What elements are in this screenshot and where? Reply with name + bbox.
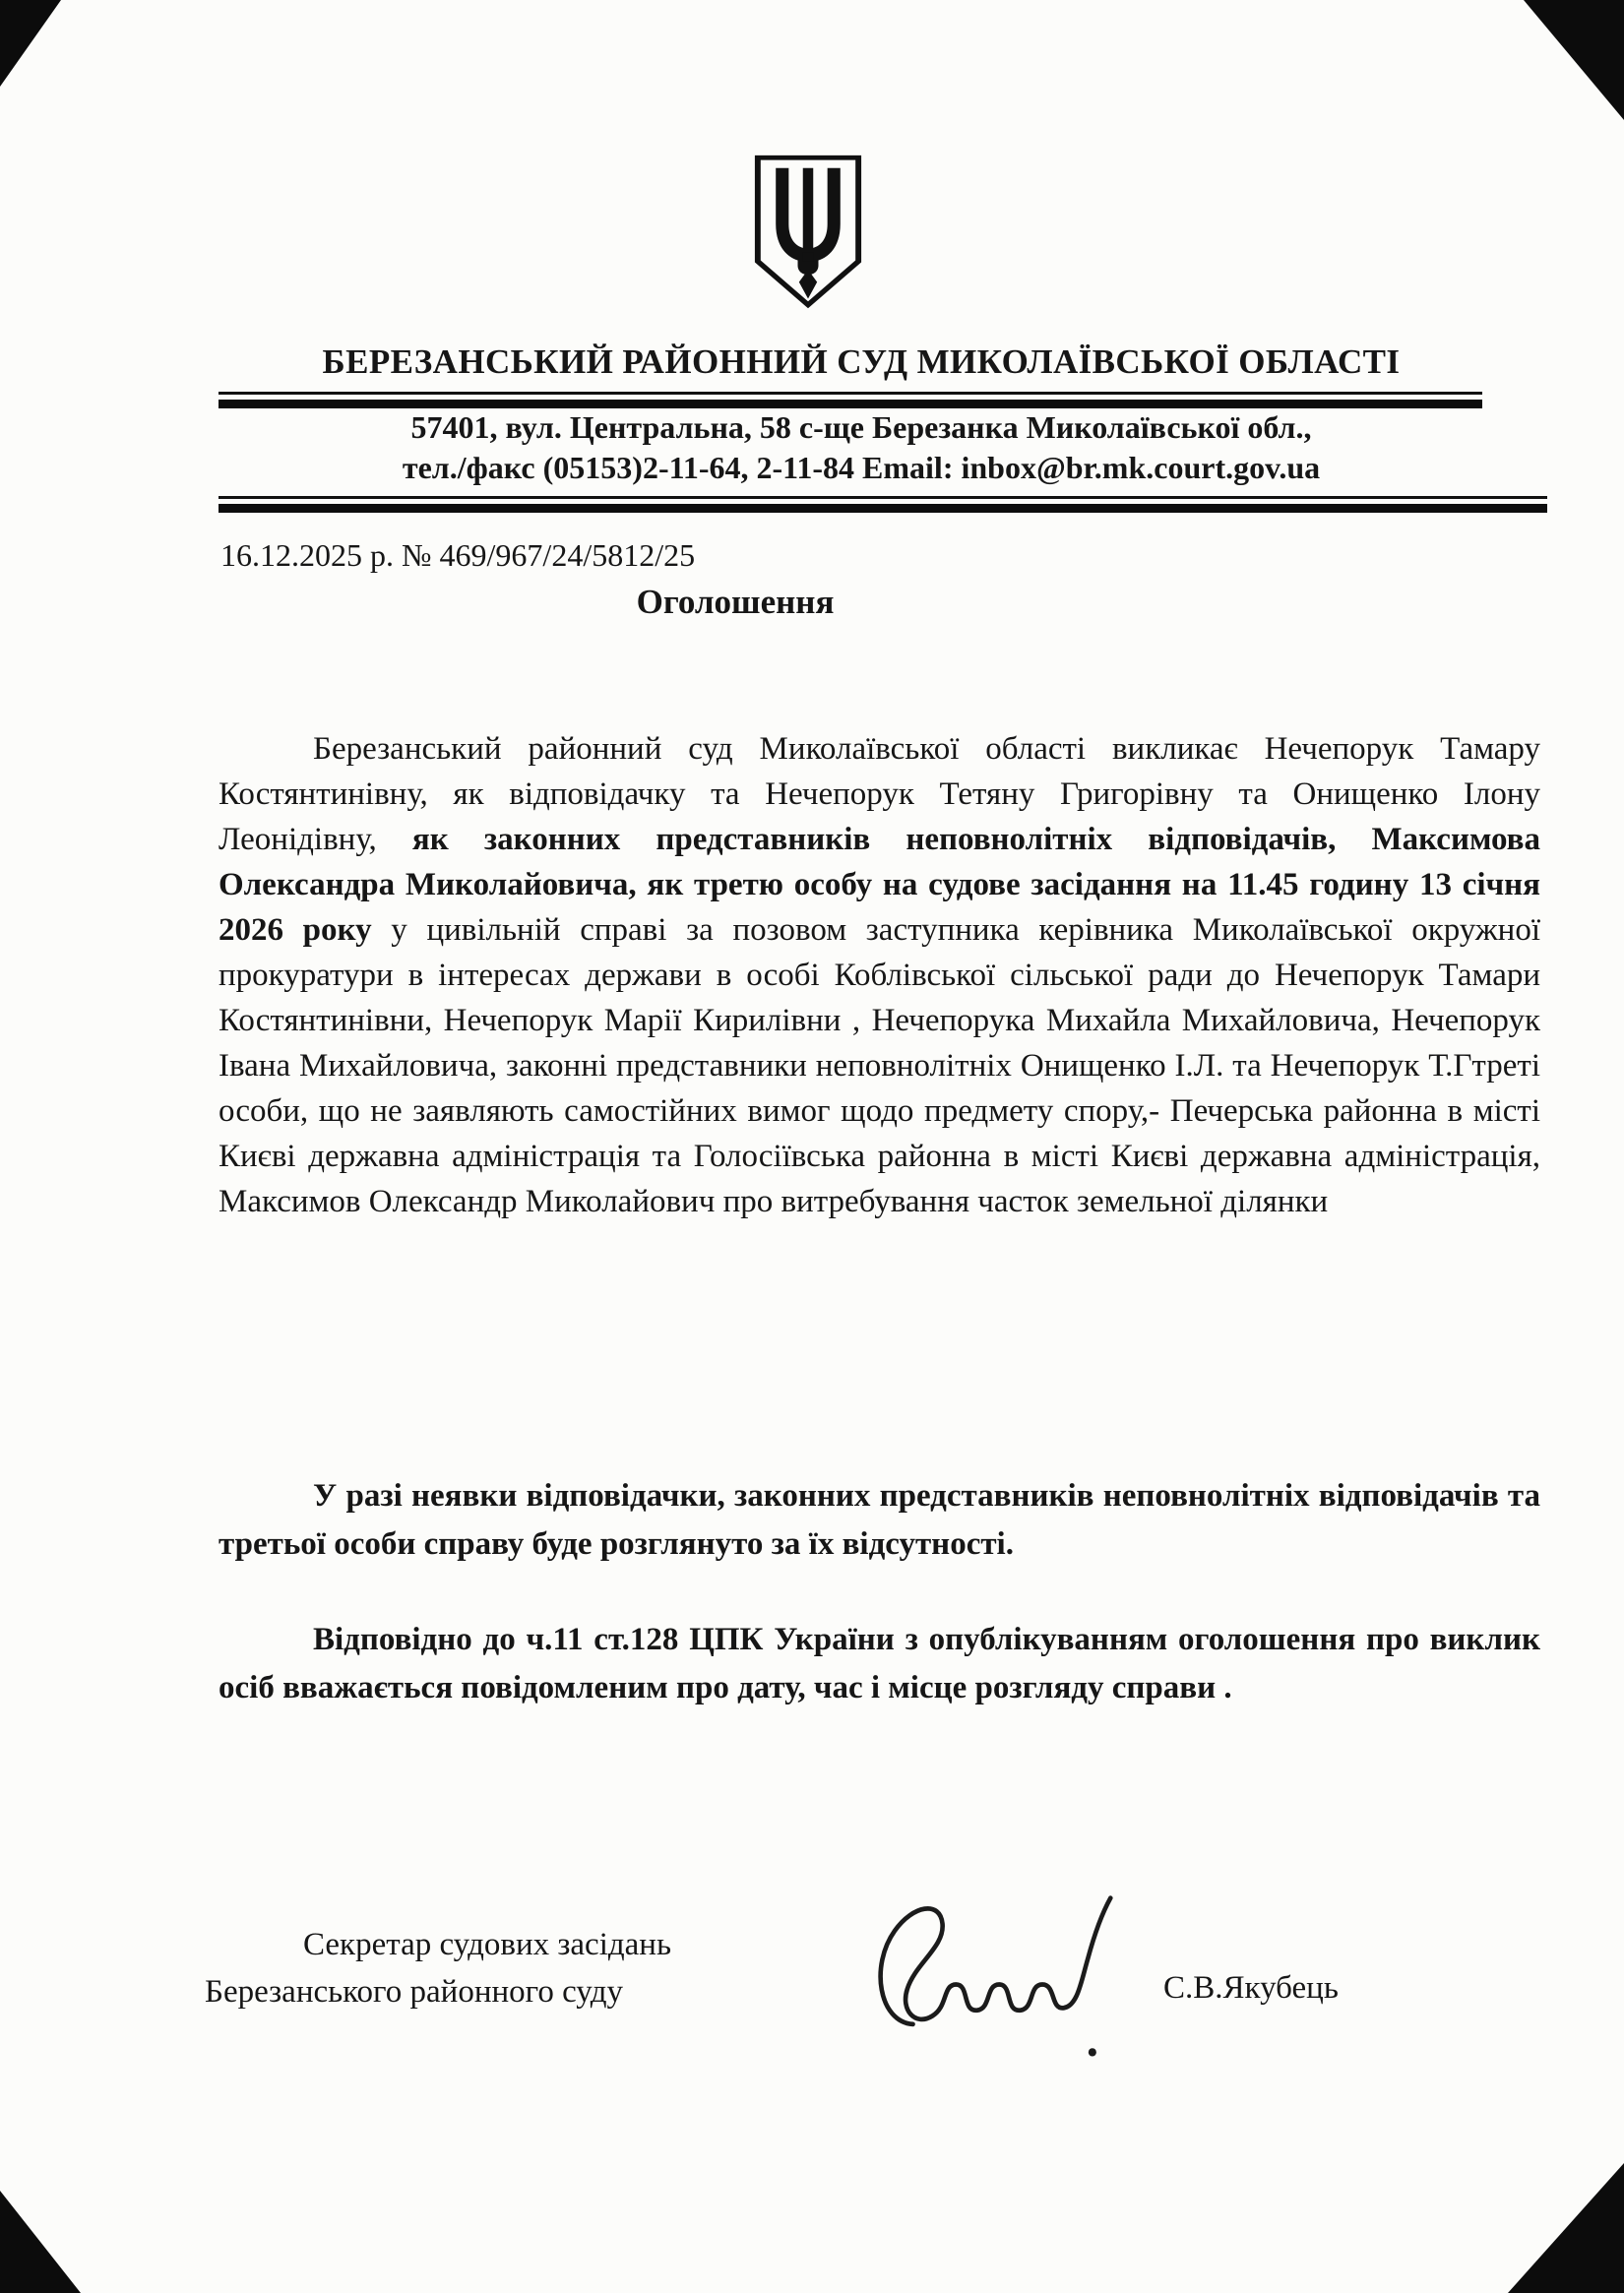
- ukraine-trident-icon: [750, 154, 866, 309]
- handwritten-signature: [843, 1882, 1138, 2069]
- header-rule-bottom: [219, 496, 1547, 513]
- scanned-court-announcement: БЕРЕЗАНСЬКИЙ РАЙОННИЙ СУД МИКОЛАЇВСЬКОЇ …: [0, 0, 1624, 2293]
- scan-corner-artifact-bottom-left: [0, 2191, 81, 2293]
- paragraph-segment-regular: у цивільній справі за позовом заступника…: [219, 912, 1540, 1219]
- scan-corner-artifact-bottom-right: [1508, 2163, 1624, 2293]
- signer-name: С.В.Якубець: [1163, 1970, 1339, 2007]
- court-contacts: тел./факс (05153)2-11-64, 2-11-84 Email:…: [177, 450, 1545, 486]
- court-name: БЕРЕЗАНСЬКИЙ РАЙОННИЙ СУД МИКОЛАЇВСЬКОЇ …: [177, 342, 1545, 382]
- scan-corner-artifact-top-right: [1524, 0, 1624, 120]
- scan-corner-artifact-top-left: [0, 0, 61, 87]
- signer-role-line1: Секретар судових засідань: [303, 1927, 671, 1963]
- court-address: 57401, вул. Центральна, 58 с-ще Березанк…: [177, 409, 1545, 446]
- document-title: Оголошення: [637, 583, 835, 621]
- header-rule-top: [219, 392, 1482, 408]
- announcement-paragraph: Березанський районний суд Миколаївської …: [219, 726, 1540, 1224]
- absence-warning-paragraph: У разі неявки відповідачки, законних пре…: [219, 1472, 1540, 1569]
- signer-role-line2: Березанського районного суду: [205, 1974, 623, 2011]
- date-and-case-number: 16.12.2025 р. № 469/967/24/5812/25: [220, 537, 695, 574]
- legal-basis-paragraph: Відповідно до ч.11 ст.128 ЦПК України з …: [219, 1616, 1540, 1712]
